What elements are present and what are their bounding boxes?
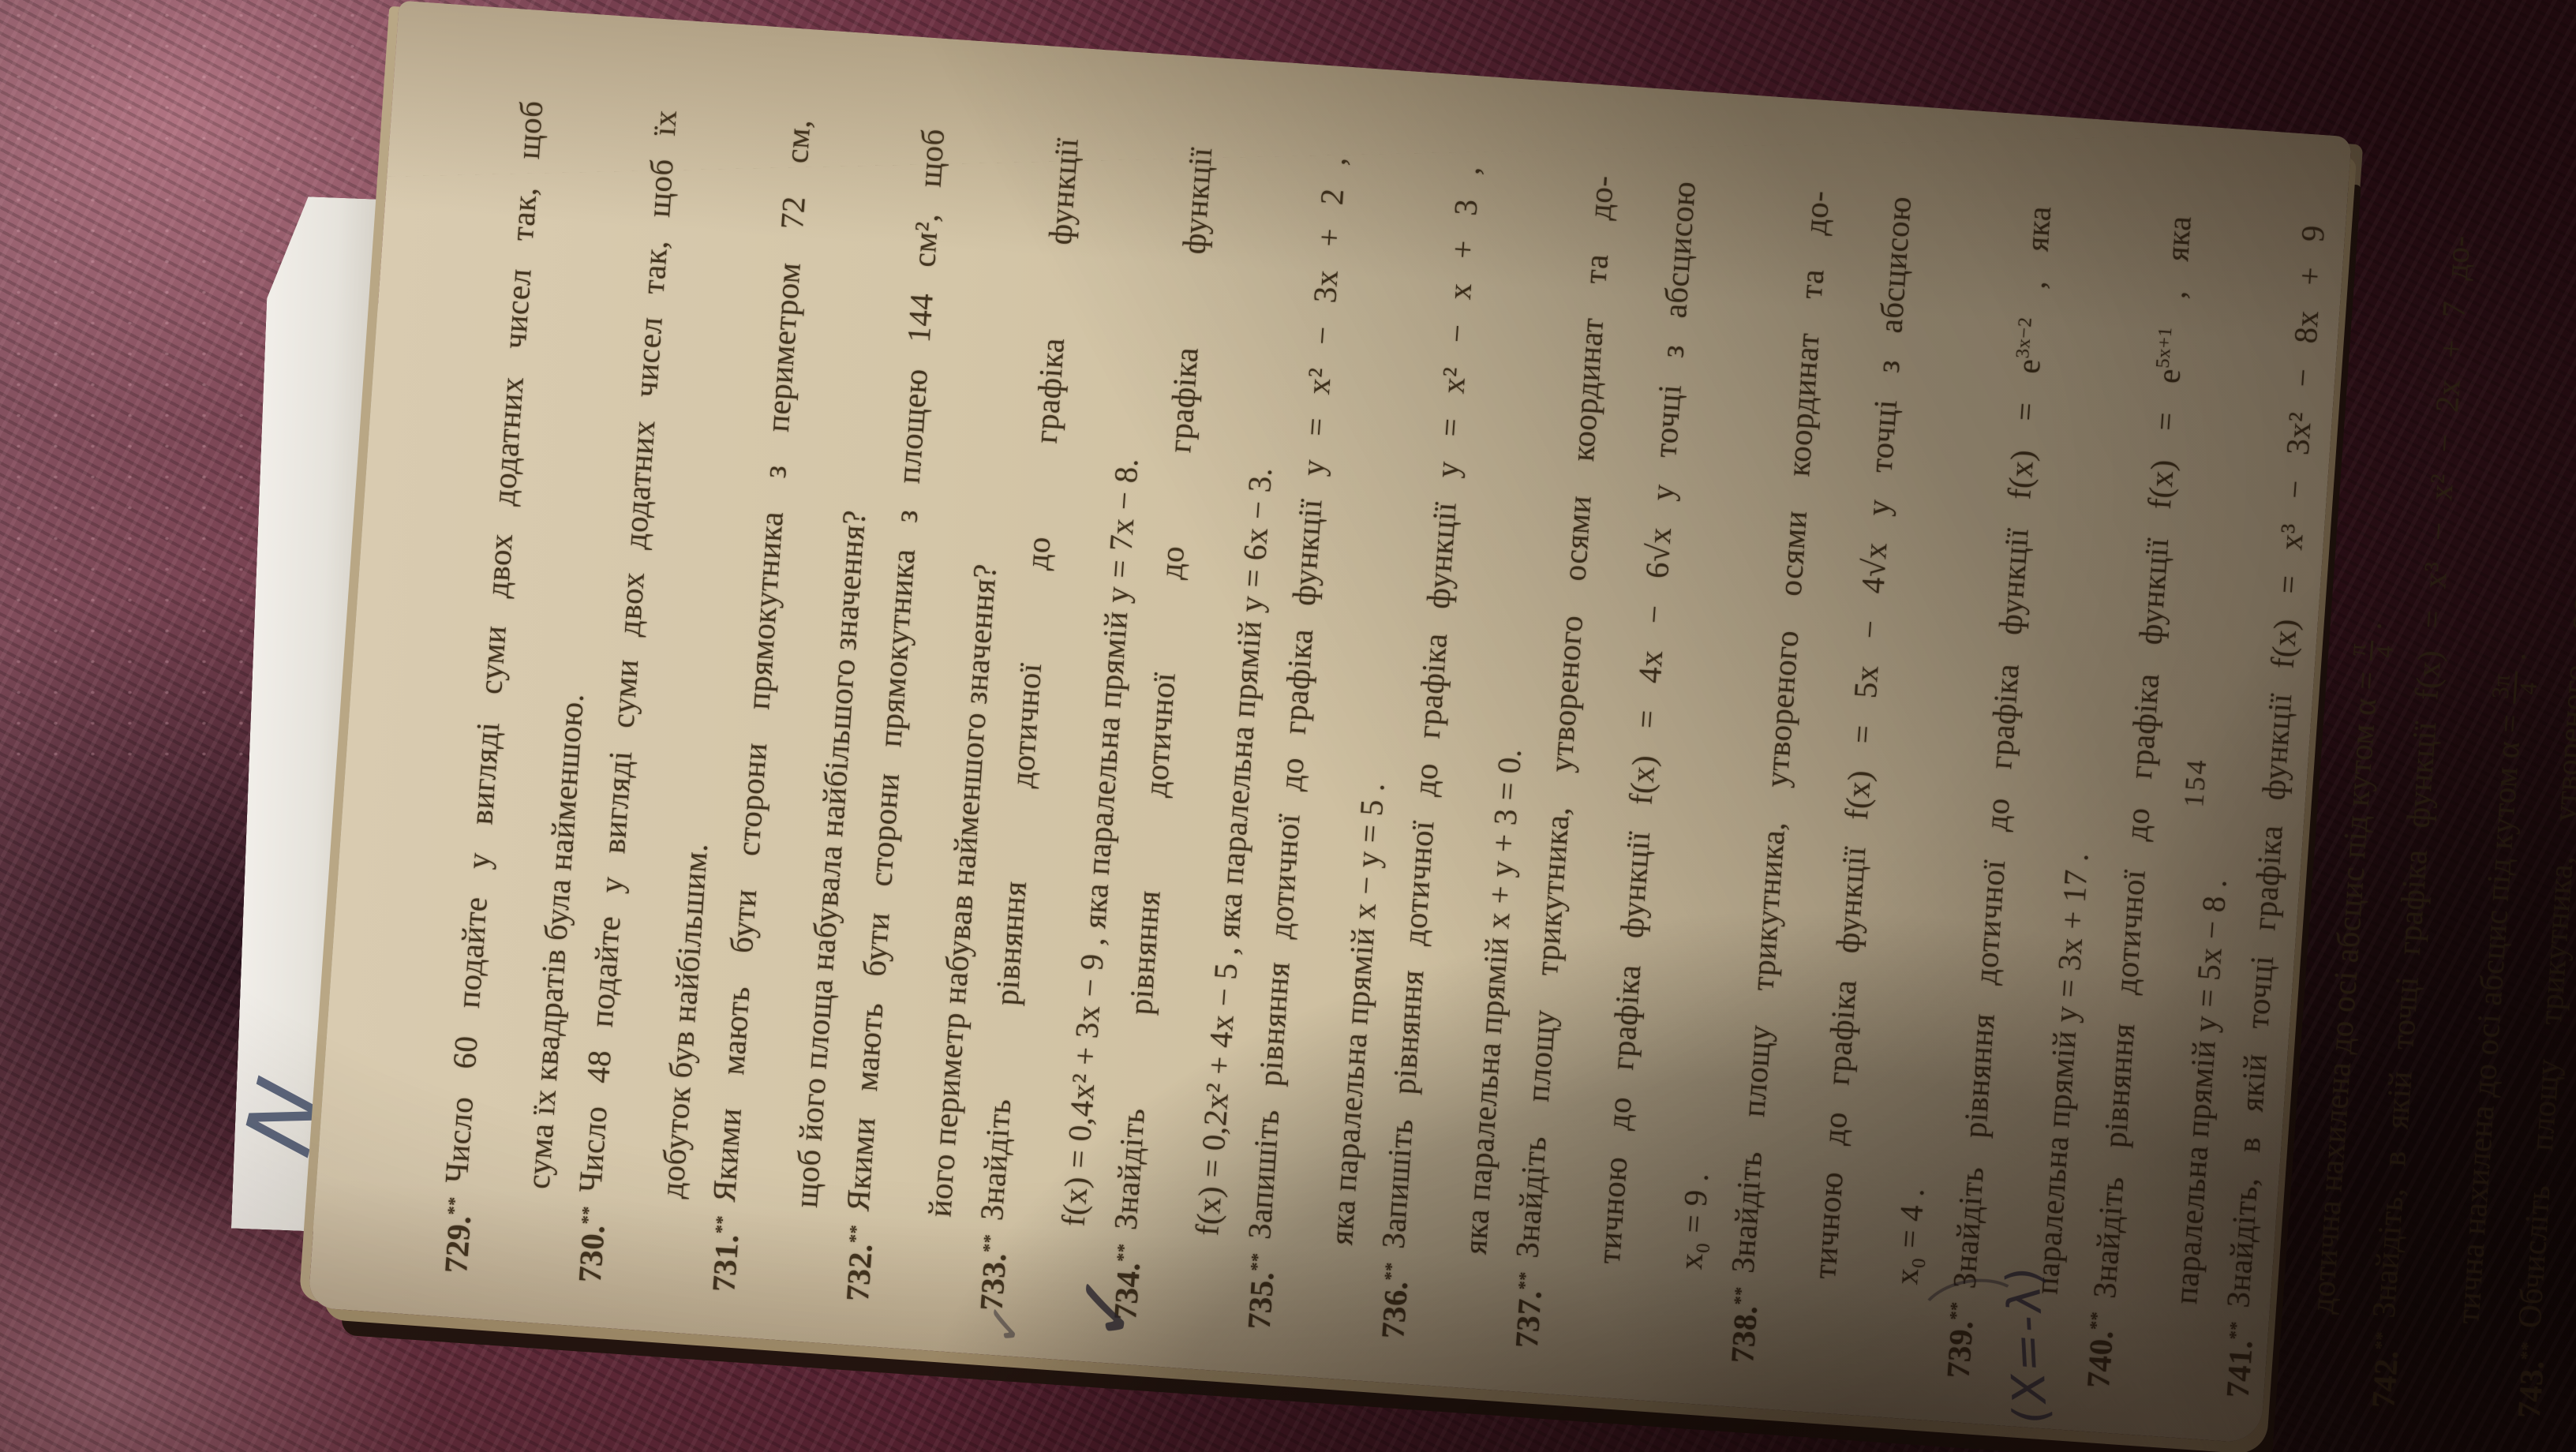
problem-number: 731.**: [697, 1203, 750, 1293]
photo-scene: N 729.**Число 60 подайте у вигляді суми …: [0, 0, 2576, 1452]
problem-number: 736.**: [1366, 1250, 1419, 1340]
inline-fraction: 3π4: [2488, 667, 2543, 708]
problem-number: 740.**: [2071, 1300, 2124, 1390]
problem-number: 729.**: [429, 1184, 482, 1274]
inline-fraction: π4: [2345, 636, 2399, 664]
problem-number: 733.**: [964, 1222, 1017, 1312]
problem-number: 737.**: [1500, 1259, 1552, 1349]
problems-list: 729.**Число 60 подайте у вигляді суми дв…: [308, 1, 2352, 1444]
problem-number: 741.**: [2211, 1309, 2263, 1399]
problem-number: 732.**: [830, 1213, 883, 1303]
problem-number: 738.**: [1716, 1274, 1769, 1364]
book-page-wrap: 729.**Число 60 подайте у вигляді суми дв…: [308, 1, 2352, 1444]
problem-number: 735.**: [1232, 1241, 1285, 1330]
problem-number: 743.**: [2502, 1330, 2555, 1420]
problem-number: 742.**: [2357, 1319, 2409, 1409]
textbook-page: 729.**Число 60 подайте у вигляді суми дв…: [308, 1, 2352, 1444]
problem-number: 730.**: [563, 1194, 616, 1284]
